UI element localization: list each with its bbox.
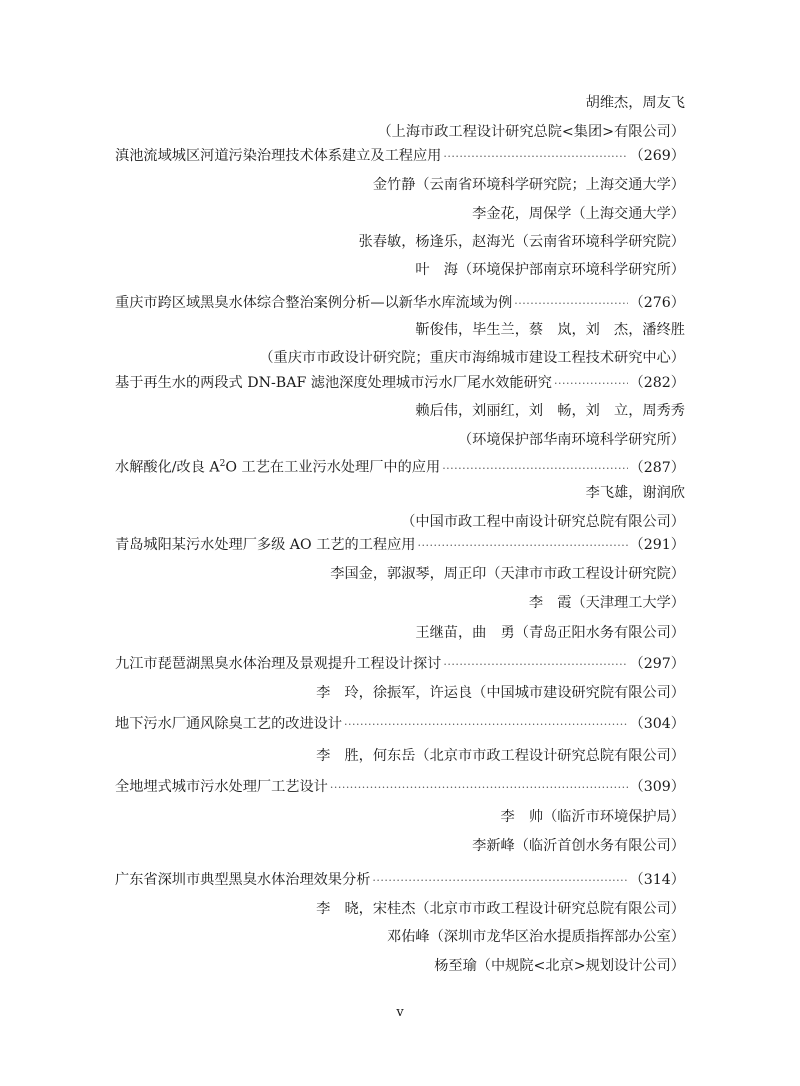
author-line: 李 晓，宋桂杰（北京市市政工程设计研究总院有限公司） — [115, 898, 685, 920]
entry-title: 广东省深圳市典型黑臭水体治理效果分析 — [115, 869, 370, 891]
entry-title: 九江市琵琶湖黑臭水体治理及景观提升工程设计探讨 — [115, 653, 441, 675]
author-line: 李 霞（天津理工大学） — [115, 592, 685, 614]
author-line: 李金花，周保学（上海交通大学） — [115, 203, 685, 225]
author-line: 叶 海（环境保护部南京环境科学研究所） — [115, 259, 685, 281]
leader-dots — [344, 714, 628, 736]
leader-dots — [417, 535, 627, 557]
page-number: v — [0, 1003, 800, 1023]
author-line: 李 玲，徐振军，许运良（中国城市建设研究院有限公司） — [115, 682, 685, 704]
toc-entry[interactable]: 重庆市跨区域黑臭水体综合整治案例分析—以新华水库流域为例 （276） — [115, 292, 685, 314]
author-line: 王继苗，曲 勇（青岛正阳水务有限公司） — [115, 622, 685, 644]
affiliation-line: （重庆市市政设计研究院；重庆市海绵城市建设工程技术研究中心） — [115, 347, 685, 369]
entry-page-number: （304） — [630, 713, 685, 735]
author-line: 金竹静（云南省环境科学研究院；上海交通大学） — [115, 174, 685, 196]
leader-dots — [554, 373, 628, 395]
author-line: 李飞雄，谢润欣 — [115, 482, 685, 504]
entry-page-number: （269） — [630, 145, 685, 167]
entry-page-number: （287） — [630, 457, 685, 479]
author-line: 李 胜，何东岳（北京市市政工程设计研究总院有限公司） — [115, 745, 685, 767]
entry-page-number: （314） — [630, 869, 685, 891]
affiliation-line: （上海市政工程设计研究总院<集团>有限公司） — [115, 121, 685, 143]
affiliation-line: （中国市政工程中南设计研究总院有限公司） — [115, 511, 685, 533]
entry-page-number: （291） — [630, 534, 685, 556]
toc-entry[interactable]: 九江市琵琶湖黑臭水体治理及景观提升工程设计探讨 （297） — [115, 653, 685, 675]
entry-page-number: （309） — [630, 776, 685, 798]
author-line: 邓佑峰（深圳市龙华区治水提质指挥部办公室） — [115, 926, 685, 948]
entry-page-number: （276） — [630, 292, 685, 314]
leader-dots — [330, 777, 628, 799]
author-line: 杨至瑜（中规院<北京>规划设计公司） — [115, 955, 685, 977]
author-line: 赖后伟，刘丽红，刘 畅，刘 立，周秀秀 — [115, 400, 685, 422]
entry-title: 重庆市跨区域黑臭水体综合整治案例分析—以新华水库流域为例 — [115, 292, 512, 314]
toc-entry[interactable]: 青岛城阳某污水处理厂多级 AO 工艺的工程应用 （291） — [115, 534, 685, 556]
author-line: 李新峰（临沂首创水务有限公司） — [115, 835, 685, 857]
toc-entry[interactable]: 广东省深圳市典型黑臭水体治理效果分析 （314） — [115, 869, 685, 891]
author-line: 李 帅（临沂市环境保护局） — [115, 806, 685, 828]
affiliation-line: （环境保护部华南环境科学研究所） — [115, 429, 685, 451]
entry-page-number: （297） — [630, 653, 685, 675]
entry-title: 青岛城阳某污水处理厂多级 AO 工艺的工程应用 — [115, 534, 415, 556]
leader-dots — [443, 654, 627, 676]
leader-dots — [443, 146, 627, 168]
toc-entry[interactable]: 水解酸化/改良 A2O 工艺在工业污水处理厂中的应用 （287） — [115, 453, 685, 475]
author-line: 胡维杰，周友飞 — [115, 92, 685, 114]
entry-title: 滇池流域城区河道污染治理技术体系建立及工程应用 — [115, 145, 441, 167]
toc-entry[interactable]: 全地埋式城市污水处理厂工艺设计 （309） — [115, 776, 685, 798]
toc-entry[interactable]: 地下污水厂通风除臭工艺的改进设计 （304） — [115, 713, 685, 735]
leader-dots — [372, 870, 627, 892]
leader-dots — [514, 293, 627, 315]
author-line: 李国金，郭淑琴，周正印（天津市市政工程设计研究院） — [115, 563, 685, 585]
author-line: 靳俊伟，毕生兰，蔡 岚，刘 杰，潘终胜 — [115, 319, 685, 341]
entry-title: 水解酸化/改良 A2O 工艺在工业污水处理厂中的应用 — [115, 453, 440, 479]
toc-entry[interactable]: 基于再生水的两段式 DN-BAF 滤池深度处理城市污水厂尾水效能研究 （282） — [115, 372, 685, 394]
entry-page-number: （282） — [630, 372, 685, 394]
entry-title: 全地埋式城市污水处理厂工艺设计 — [115, 776, 328, 798]
entry-title: 地下污水厂通风除臭工艺的改进设计 — [115, 713, 342, 735]
entry-title: 基于再生水的两段式 DN-BAF 滤池深度处理城市污水厂尾水效能研究 — [115, 372, 552, 394]
author-line: 张春敏，杨逢乐，赵海光（云南省环境科学研究院） — [115, 231, 685, 253]
toc-entry[interactable]: 滇池流域城区河道污染治理技术体系建立及工程应用 （269） — [115, 145, 685, 167]
leader-dots — [442, 458, 627, 480]
